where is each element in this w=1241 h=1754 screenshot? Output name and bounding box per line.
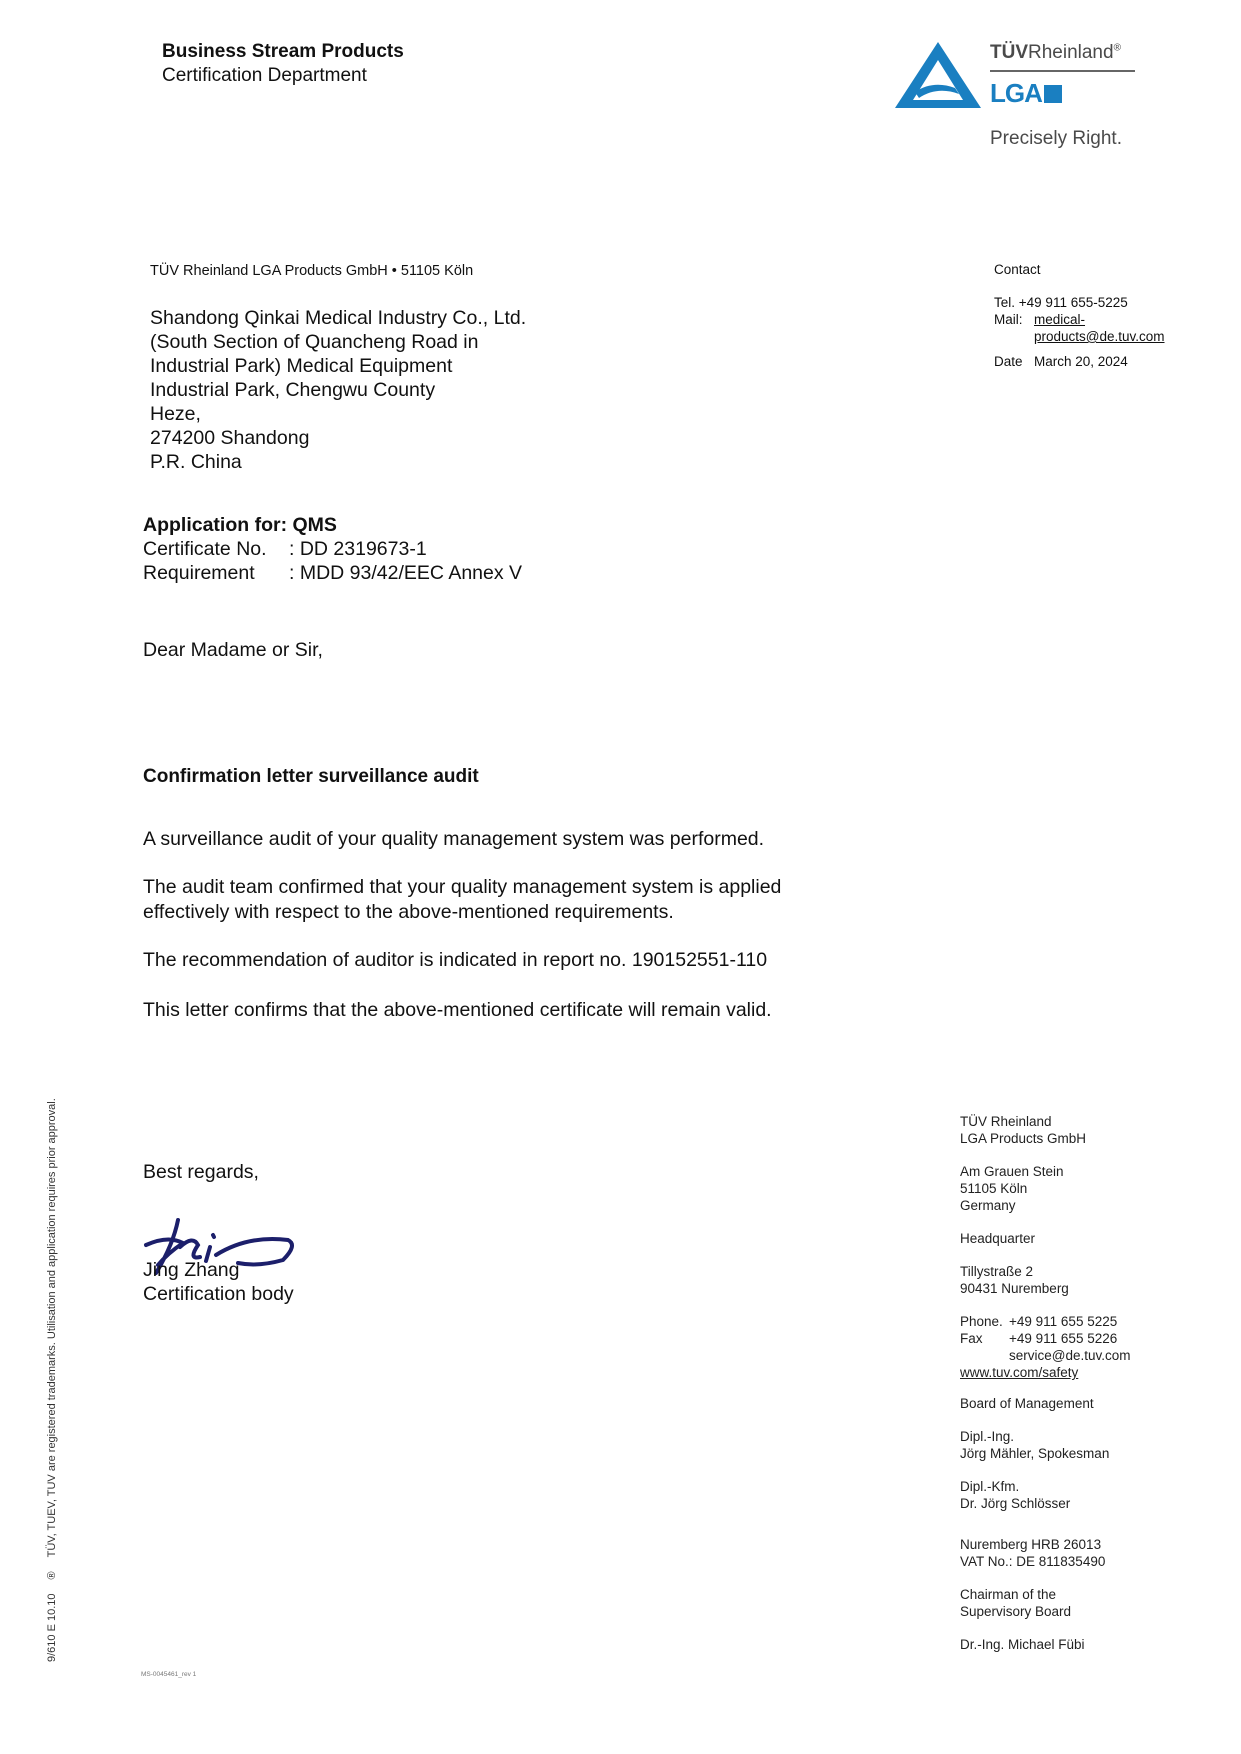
footer-website-link[interactable]: www.tuv.com/safety xyxy=(960,1365,1078,1380)
paragraph: The audit team confirmed that your quali… xyxy=(143,875,833,925)
contact-date: DateMarch 20, 2024 xyxy=(994,353,1165,370)
trademark-text: TÜV, TUEV, TUV are registered trademarks… xyxy=(46,1098,58,1557)
company-footer: TÜV Rheinland LGA Products GmbH Am Graue… xyxy=(960,1113,1131,1653)
certificate-value: : DD 2319673-1 xyxy=(289,538,427,560)
application-block: Application for: QMS Certificate No.: DD… xyxy=(143,513,522,585)
address-line: Industrial Park) Medical Equipment xyxy=(150,354,526,378)
footer-chairman-label: Chairman of the xyxy=(960,1586,1131,1603)
footer-hq-label: Headquarter xyxy=(960,1230,1131,1247)
contact-tel: Tel. +49 911 655-5225 xyxy=(994,294,1165,311)
paragraph: This letter confirms that the above-ment… xyxy=(143,998,863,1023)
signer-name: Jing Zhang xyxy=(143,1258,294,1282)
logo-lga: LGA xyxy=(990,78,1062,109)
footer-chairman-label: Supervisory Board xyxy=(960,1603,1131,1620)
mail-link-cont[interactable]: products@de.tuv.com xyxy=(1034,329,1165,344)
footer-hq-city: 90431 Nuremberg xyxy=(960,1280,1131,1297)
contact-mail: Mail:medical- xyxy=(994,311,1165,328)
footer-country: Germany xyxy=(960,1197,1131,1214)
closing-regards: Best regards, xyxy=(143,1161,259,1184)
business-stream-title: Business Stream Products xyxy=(162,41,404,63)
footer-board-label: Board of Management xyxy=(960,1395,1131,1412)
footer-email: service@de.tuv.com xyxy=(960,1347,1131,1364)
contact-heading: Contact xyxy=(994,261,1165,278)
footer-board-title: Dipl.-Kfm. xyxy=(960,1478,1131,1495)
address-line: Shandong Qinkai Medical Industry Co., Lt… xyxy=(150,306,526,330)
recipient-address: Shandong Qinkai Medical Industry Co., Lt… xyxy=(150,306,526,474)
footer-board-name: Dr. Jörg Schlösser xyxy=(960,1495,1131,1512)
address-line: (South Section of Quancheng Road in xyxy=(150,330,526,354)
footer-register: Nuremberg HRB 26013 xyxy=(960,1536,1131,1553)
letter-subject: Confirmation letter surveillance audit xyxy=(143,766,479,788)
address-line: Industrial Park, Chengwu County xyxy=(150,378,526,402)
logo-divider xyxy=(990,70,1135,72)
form-code: 9/610 E 10.10 xyxy=(46,1593,58,1662)
logo-slogan: Precisely Right. xyxy=(990,128,1122,150)
footer-chairman-name: Dr.-Ing. Michael Fübi xyxy=(960,1636,1131,1653)
footer-street: Am Grauen Stein xyxy=(960,1163,1131,1180)
requirement-value: : MDD 93/42/EEC Annex V xyxy=(289,562,522,584)
mail-link[interactable]: medical- xyxy=(1034,312,1085,327)
document-reference: MS-0045461_rev 1 xyxy=(141,1671,196,1678)
application-title: Application for: QMS xyxy=(143,513,522,537)
address-line: Heze, xyxy=(150,402,526,426)
footer-company: LGA Products GmbH xyxy=(960,1130,1131,1147)
signer-role: Certification body xyxy=(143,1282,294,1306)
address-line: P.R. China xyxy=(150,450,526,474)
signer-block: Jing Zhang Certification body xyxy=(143,1258,294,1306)
footer-vat: VAT No.: DE 811835490 xyxy=(960,1553,1131,1570)
certificate-label: Certificate No. xyxy=(143,537,289,561)
department-name: Certification Department xyxy=(162,65,367,87)
contact-block: Contact Tel. +49 911 655-5225 Mail:medic… xyxy=(994,261,1165,370)
sender-line: TÜV Rheinland LGA Products GmbH • 51105 … xyxy=(150,263,473,279)
logo-brand: TÜVRheinland® xyxy=(990,42,1121,64)
footer-city: 51105 Köln xyxy=(960,1180,1131,1197)
registered-mark: ® xyxy=(46,1571,58,1579)
paragraph: A surveillance audit of your quality man… xyxy=(143,827,863,852)
paragraph: The recommendation of auditor is indicat… xyxy=(143,948,863,973)
tuv-triangle-icon xyxy=(893,40,983,112)
footer-fax: Fax+49 911 655 5226 xyxy=(960,1330,1131,1347)
salutation: Dear Madame or Sir, xyxy=(143,639,323,662)
requirement-label: Requirement xyxy=(143,561,289,585)
footer-phone: Phone.+49 911 655 5225 xyxy=(960,1313,1131,1330)
footer-board-title: Dipl.-Ing. xyxy=(960,1428,1131,1445)
address-line: 274200 Shandong xyxy=(150,426,526,450)
footer-board-name: Jörg Mähler, Spokesman xyxy=(960,1445,1131,1462)
footer-company: TÜV Rheinland xyxy=(960,1113,1131,1130)
trademark-side-note: 9/610 E 10.10®TÜV, TUEV, TUV are registe… xyxy=(46,1084,58,1662)
footer-hq-street: Tillystraße 2 xyxy=(960,1263,1131,1280)
